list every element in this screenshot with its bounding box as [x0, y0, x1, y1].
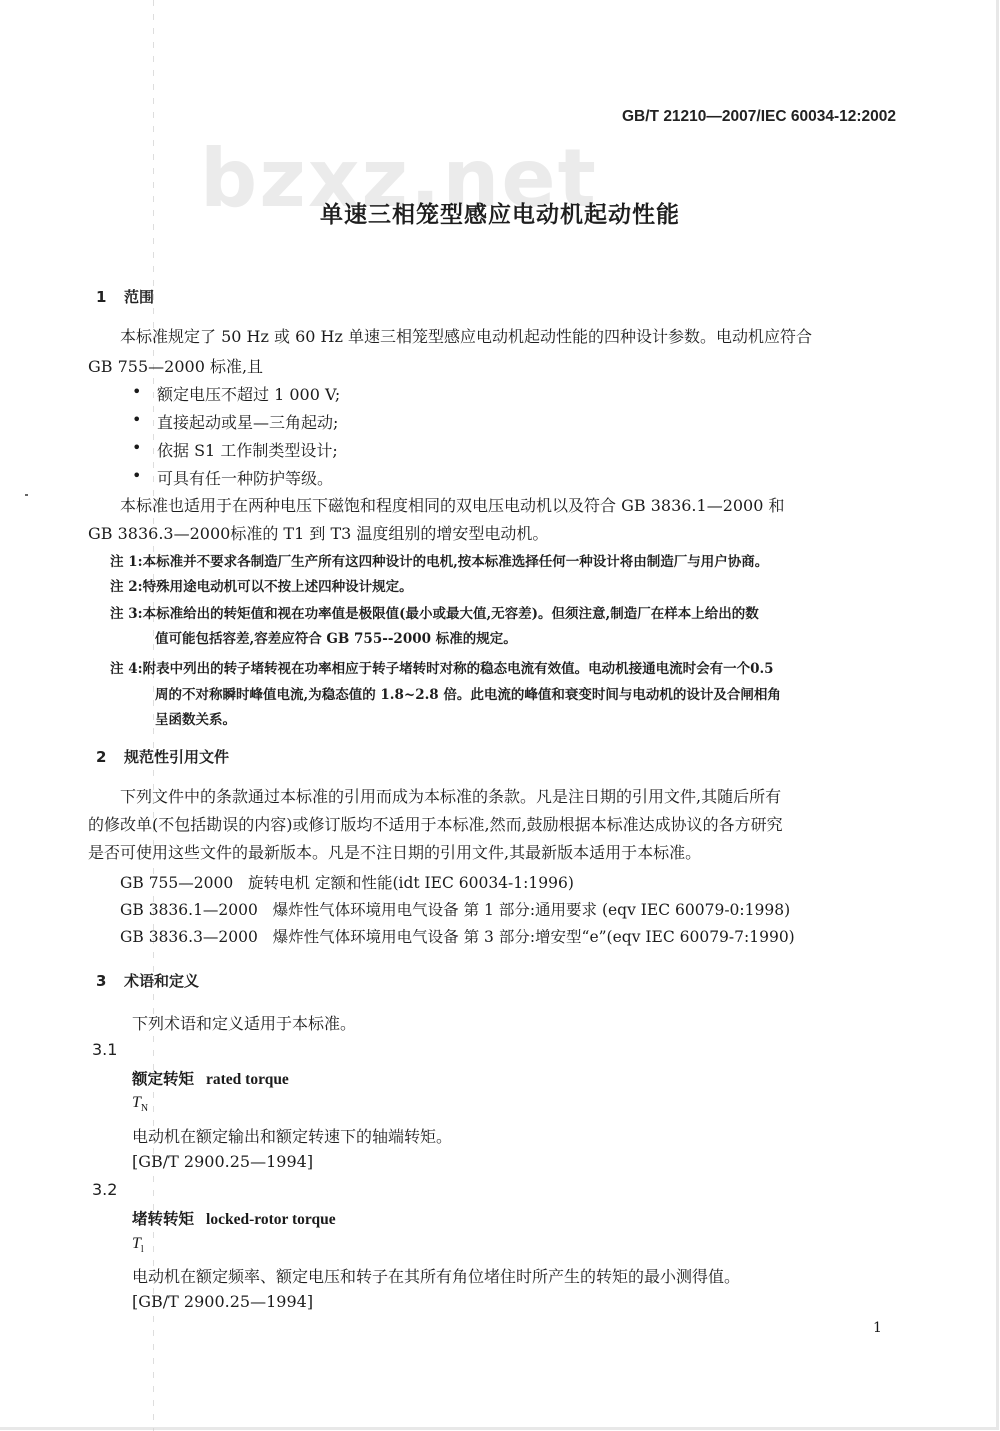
note-label: 注 2: [110, 579, 143, 595]
reference-code: GB 755—2000 [120, 874, 233, 892]
note-label: 注 4: [110, 661, 143, 677]
reference-title: 旋转电机 定额和性能(idt IEC 60034-1:1996) [248, 874, 574, 892]
scope-paragraph-line: 本标准也适用于在两种电压下磁饱和程度相同的双电压电动机以及符合 GB 3836.… [120, 493, 785, 516]
references-paragraph-line: 的修改单(不包括勘误的内容)或修订版均不适用于本标准,然而,鼓励根据本标准达成协… [88, 812, 783, 835]
note-2: 注 2:特殊用途电动机可以不按上述四种设计规定。 [110, 575, 413, 595]
section-2-heading: 2规范性引用文件 [96, 746, 229, 767]
term-source: [GB/T 2900.25—1994] [132, 1292, 313, 1311]
scan-artifact-dot [25, 494, 28, 496]
bullet-icon: • [132, 382, 141, 401]
note-text: 附表中列出的转子堵转视在功率相应于转子堵转时对称的稳态电流有效值。电动机接通电流… [143, 661, 774, 677]
scope-paragraph-line: GB 3836.3—2000标准的 T1 到 T3 温度组别的增安型电动机。 [88, 521, 548, 544]
term-name-en: locked-rotor torque [206, 1211, 336, 1228]
references-paragraph-line: 下列文件中的条款通过本标准的引用而成为本标准的条款。凡是注日期的引用文件,其随后… [120, 784, 781, 807]
scope-paragraph-line: 本标准规定了 50 Hz 或 60 Hz 单速三相笼型感应电动机起动性能的四种设… [120, 324, 812, 347]
note-label: 注 3: [110, 606, 143, 622]
bullet-item: 依据 S1 工作制类型设计; [157, 438, 338, 461]
note-1: 注 1:本标准并不要求各制造厂生产所有这四种设计的电机,按本标准选择任何一种设计… [110, 550, 768, 570]
section-number: 1 [96, 288, 124, 306]
section-3-heading: 3术语和定义 [96, 970, 199, 991]
note-label: 注 1: [110, 554, 143, 570]
term-number: 3.2 [92, 1180, 117, 1199]
term-name-en: rated torque [206, 1071, 289, 1088]
reference-item: GB 3836.1—2000 爆炸性气体环境用电气设备 第 1 部分:通用要求 … [120, 898, 790, 920]
reference-title: 爆炸性气体环境用电气设备 第 1 部分:通用要求 (eqv IEC 60079-… [273, 901, 790, 919]
section-title: 规范性引用文件 [124, 748, 229, 766]
note-4-continued: 周的不对称瞬时峰值电流,为稳态值的 1.8~2.8 倍。此电流的峰值和衰变时间与… [155, 683, 781, 703]
reference-item: GB 755—2000 旋转电机 定额和性能(idt IEC 60034-1:1… [120, 871, 574, 893]
terms-intro: 下列术语和定义适用于本标准。 [132, 1011, 356, 1034]
section-title: 范围 [124, 288, 154, 306]
bullet-icon: • [132, 410, 141, 429]
note-text: 本标准并不要求各制造厂生产所有这四种设计的电机,按本标准选择任何一种设计将由制造… [143, 554, 769, 570]
note-3: 注 3:本标准给出的转矩值和视在功率值是极限值(最小或最大值,无容差)。但须注意… [110, 602, 759, 622]
scope-paragraph-line: GB 755—2000 标准,且 [88, 354, 263, 377]
reference-title: 爆炸性气体环境用电气设备 第 3 部分:增安型“e”(eqv IEC 60079… [273, 928, 795, 946]
term-name: 额定转矩rated torque [132, 1067, 289, 1089]
document-title: 单速三相笼型感应电动机起动性能 [0, 196, 1000, 229]
term-symbol: TN [132, 1094, 148, 1114]
section-number: 3 [96, 972, 124, 990]
section-title: 术语和定义 [124, 972, 199, 990]
bullet-icon: • [132, 466, 141, 485]
section-1-heading: 1范围 [96, 286, 154, 307]
term-name-zh: 额定转矩 [132, 1070, 194, 1088]
note-text: 本标准给出的转矩值和视在功率值是极限值(最小或最大值,无容差)。但须注意,制造厂… [143, 606, 759, 622]
section-number: 2 [96, 748, 124, 766]
term-number: 3.1 [92, 1040, 117, 1059]
reference-item: GB 3836.3—2000 爆炸性气体环境用电气设备 第 3 部分:增安型“e… [120, 925, 795, 947]
bullet-icon: • [132, 438, 141, 457]
bullet-item: 额定电压不超过 1 000 V; [157, 382, 340, 405]
note-text: 特殊用途电动机可以不按上述四种设计规定。 [143, 579, 413, 595]
term-symbol: Tl [132, 1235, 144, 1255]
page-number: 1 [873, 1320, 882, 1336]
term-definition: 电动机在额定输出和额定转速下的轴端转矩。 [132, 1124, 452, 1147]
reference-code: GB 3836.1—2000 [120, 901, 258, 919]
reference-code: GB 3836.3—2000 [120, 928, 258, 946]
term-source: [GB/T 2900.25—1994] [132, 1152, 313, 1171]
references-paragraph-line: 是否可使用这些文件的最新版本。凡是不注日期的引用文件,其最新版本适用于本标准。 [88, 840, 701, 863]
term-name: 堵转转矩locked-rotor torque [132, 1207, 336, 1229]
note-4: 注 4:附表中列出的转子堵转视在功率相应于转子堵转时对称的稳态电流有效值。电动机… [110, 657, 774, 677]
term-definition: 电动机在额定频率、额定电压和转子在其所有角位堵住时所产生的转矩的最小测得值。 [132, 1264, 740, 1287]
note-3-continued: 值可能包括容差,容差应符合 GB 755--2000 标准的规定。 [155, 627, 517, 647]
bullet-item: 可具有任一种防护等级。 [157, 466, 333, 489]
standard-code: GB/T 21210—2007/IEC 60034-12:2002 [622, 108, 896, 126]
bullet-item: 直接起动或星—三角起动; [157, 410, 338, 433]
note-4-continued: 呈函数关系。 [155, 708, 236, 728]
term-name-zh: 堵转转矩 [132, 1210, 194, 1228]
